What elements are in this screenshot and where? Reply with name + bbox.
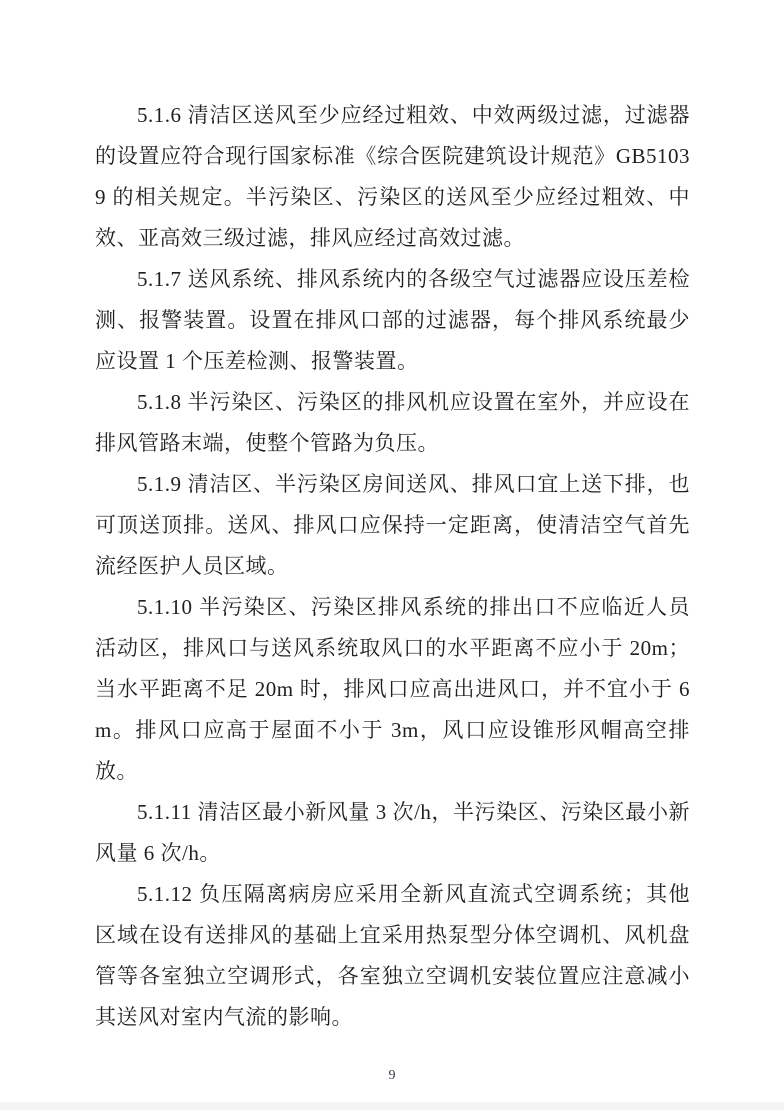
paragraph-5-1-12: 5.1.12 负压隔离病房应采用全新风直流式空调系统；其他区域在设有送排风的基础… bbox=[95, 874, 690, 1038]
paragraph-5-1-8: 5.1.8 半污染区、污染区的排风机应设置在室外，并应设在排风管路末端，使整个管… bbox=[95, 382, 690, 464]
paragraph-5-1-9: 5.1.9 清洁区、半污染区房间送风、排风口宜上送下排，也可顶送顶排。送风、排风… bbox=[95, 464, 690, 587]
document-page: 5.1.6 清洁区送风至少应经过粗效、中效两级过滤，过滤器的设置应符合现行国家标… bbox=[0, 0, 784, 1110]
paragraph-5-1-11: 5.1.11 清洁区最小新风量 3 次/h，半污染区、污染区最小新风量 6 次/… bbox=[95, 792, 690, 874]
page-number: 9 bbox=[389, 1068, 396, 1083]
paragraph-5-1-10: 5.1.10 半污染区、污染区排风系统的排出口不应临近人员活动区，排风口与送风系… bbox=[95, 587, 690, 792]
paragraph-5-1-6: 5.1.6 清洁区送风至少应经过粗效、中效两级过滤，过滤器的设置应符合现行国家标… bbox=[95, 95, 690, 259]
page-bottom-edge bbox=[0, 1102, 784, 1110]
document-body: 5.1.6 清洁区送风至少应经过粗效、中效两级过滤，过滤器的设置应符合现行国家标… bbox=[95, 95, 690, 1038]
page-footer: 9 bbox=[0, 1066, 784, 1084]
paragraph-5-1-7: 5.1.7 送风系统、排风系统内的各级空气过滤器应设压差检测、报警装置。设置在排… bbox=[95, 259, 690, 382]
